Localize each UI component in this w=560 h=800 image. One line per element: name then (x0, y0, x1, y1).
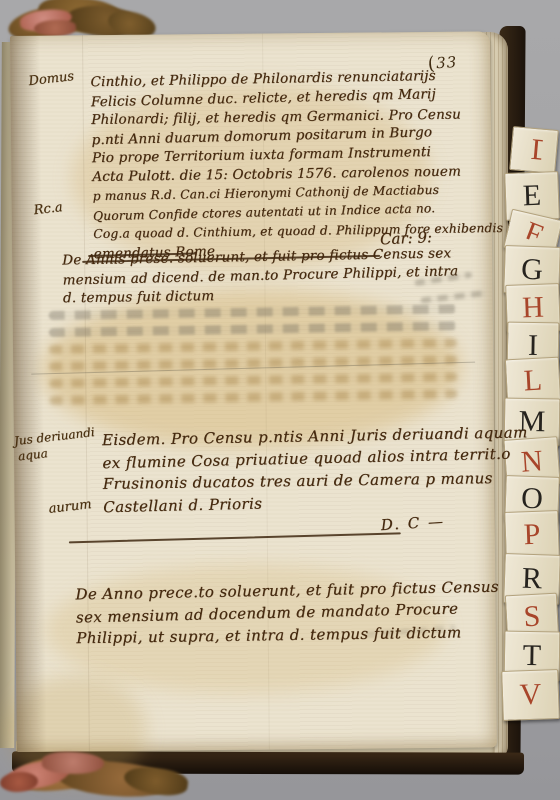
tab-letter: R (521, 564, 542, 595)
tab-letter: E (522, 181, 541, 212)
tab-letter: L (523, 366, 543, 397)
ghost-row (49, 338, 457, 354)
tab-letter: H (522, 293, 545, 324)
manuscript-page: (33 Domus Rc.a Jus deriuandi aqua aurum … (10, 31, 497, 752)
tab-letter: V (519, 680, 542, 711)
tab-letter: T (523, 641, 542, 671)
ribbon-fray-pink (34, 20, 76, 36)
ghost-row (49, 389, 457, 405)
manuscript-scan: D E F G H I L M N O P R S T V (33 Domus … (0, 0, 560, 800)
ink-rule (69, 532, 401, 543)
ledger-entry-census: Cinthio, et Philippo de Philonardis renu… (90, 66, 503, 263)
ledger-entry-payment-2: De Anno prece.to soluerunt, et fuit pro … (75, 576, 500, 650)
tab-letter: G (521, 255, 544, 286)
index-tab-v: V (501, 669, 560, 721)
gutter-shadow (10, 36, 47, 752)
bleed-through-text (43, 298, 464, 434)
bookmark-ribbon-bottom (0, 744, 200, 800)
tab-letter: D (530, 135, 554, 167)
ghost-row (49, 321, 457, 337)
amount-note-ducats: D. C — (380, 512, 445, 534)
ghost-row (49, 372, 457, 388)
tab-letter: I (528, 331, 539, 361)
ledger-entry-water-right: Eisdem. Pro Censu p.ntis Anni Juris deri… (102, 421, 529, 517)
ghost-row (49, 304, 457, 320)
index-tab-d: D (509, 126, 559, 174)
tab-letter: S (523, 602, 541, 633)
tab-letter: P (523, 520, 541, 551)
margin-note-recepta: Rc.a (33, 200, 63, 218)
